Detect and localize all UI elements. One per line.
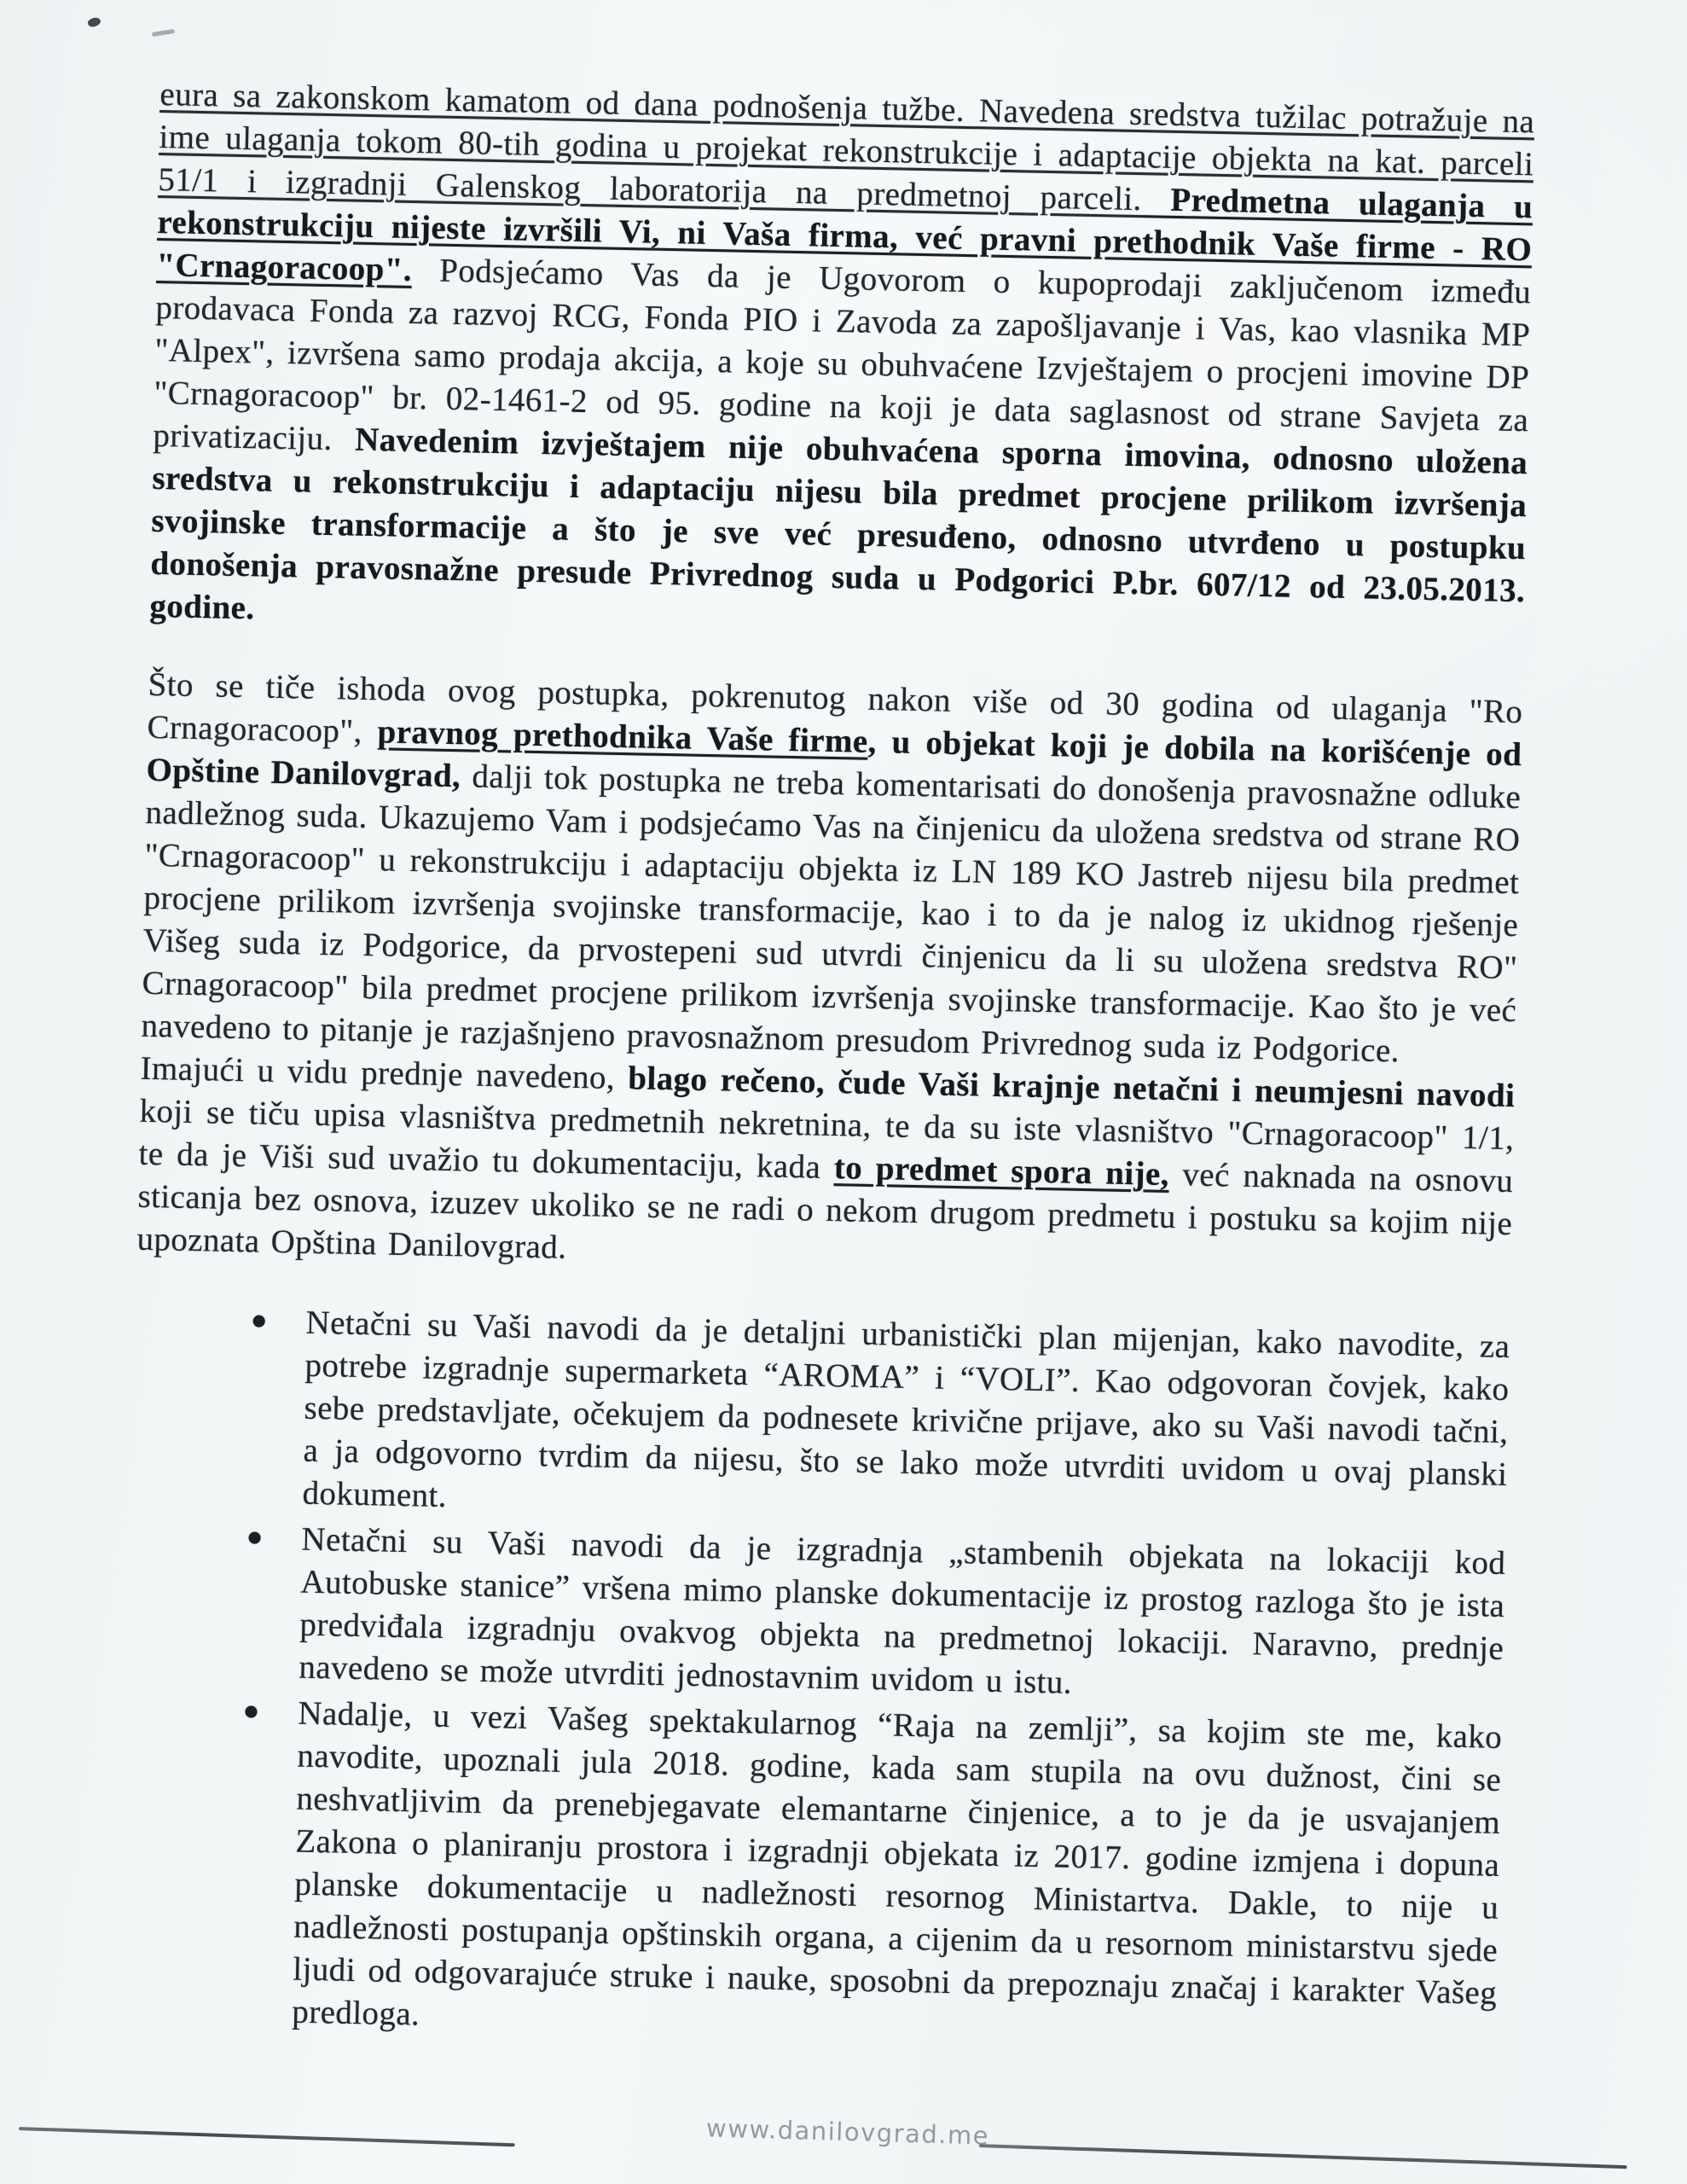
objection-2-text: Netačni su Vaši navodi da je izgradnja „… xyxy=(299,1521,1506,1701)
scan-mark-2 xyxy=(152,29,175,37)
objection-item-1: Netačni su Vaši navodi da je detaljni ur… xyxy=(302,1302,1510,1539)
objection-item-3: Nadalje, u vezi Vašeg spektakularnog “Ra… xyxy=(292,1693,1503,2058)
bullet-icon xyxy=(253,1315,265,1327)
footer-rule-left xyxy=(19,2127,515,2146)
letter-body: eura sa zakonskom kamatom od dana podnoš… xyxy=(121,73,1535,2061)
bullet-icon xyxy=(245,1705,257,1717)
paragraph-remarks: Imajući u vidu prednje navedeno, blago r… xyxy=(136,1048,1516,1288)
footer-website-url: www.danilovgrad.me xyxy=(706,2113,990,2150)
bullet-icon xyxy=(248,1531,260,1543)
objection-list: Netačni su Vaši navodi da je detaljni ur… xyxy=(121,1298,1510,2058)
objection-3-text: Nadalje, u vezi Vašeg spektakularnog “Ra… xyxy=(292,1695,1503,2033)
p1-bold-text: Navedenim izvještajem nije obuhvaćena sp… xyxy=(149,421,1528,627)
objection-1-text: Netačni su Vaši navodi da je detaljni ur… xyxy=(302,1304,1510,1514)
objection-item-2: Netačni su Vaši navodi da je izgradnja „… xyxy=(299,1519,1506,1713)
paragraph-claims: eura sa zakonskom kamatom od dana podnoš… xyxy=(149,73,1535,655)
p2-bold-underlined-text: pravnog prethodnika Vaše firme xyxy=(377,713,868,760)
p3-intro-text: Imajući u vidu prednje navedeno, xyxy=(140,1050,629,1096)
scan-mark-1 xyxy=(87,16,101,28)
footer-rule-right xyxy=(979,2144,1627,2169)
p2-rest-text: dalji tok postupka ne treba komentarisat… xyxy=(141,758,1522,1069)
paragraph-procedure: Što se tiče ishoda ovog postupka, pokren… xyxy=(141,664,1523,1075)
p3-bold-underlined-text: to predmet spora nije, xyxy=(833,1149,1169,1193)
